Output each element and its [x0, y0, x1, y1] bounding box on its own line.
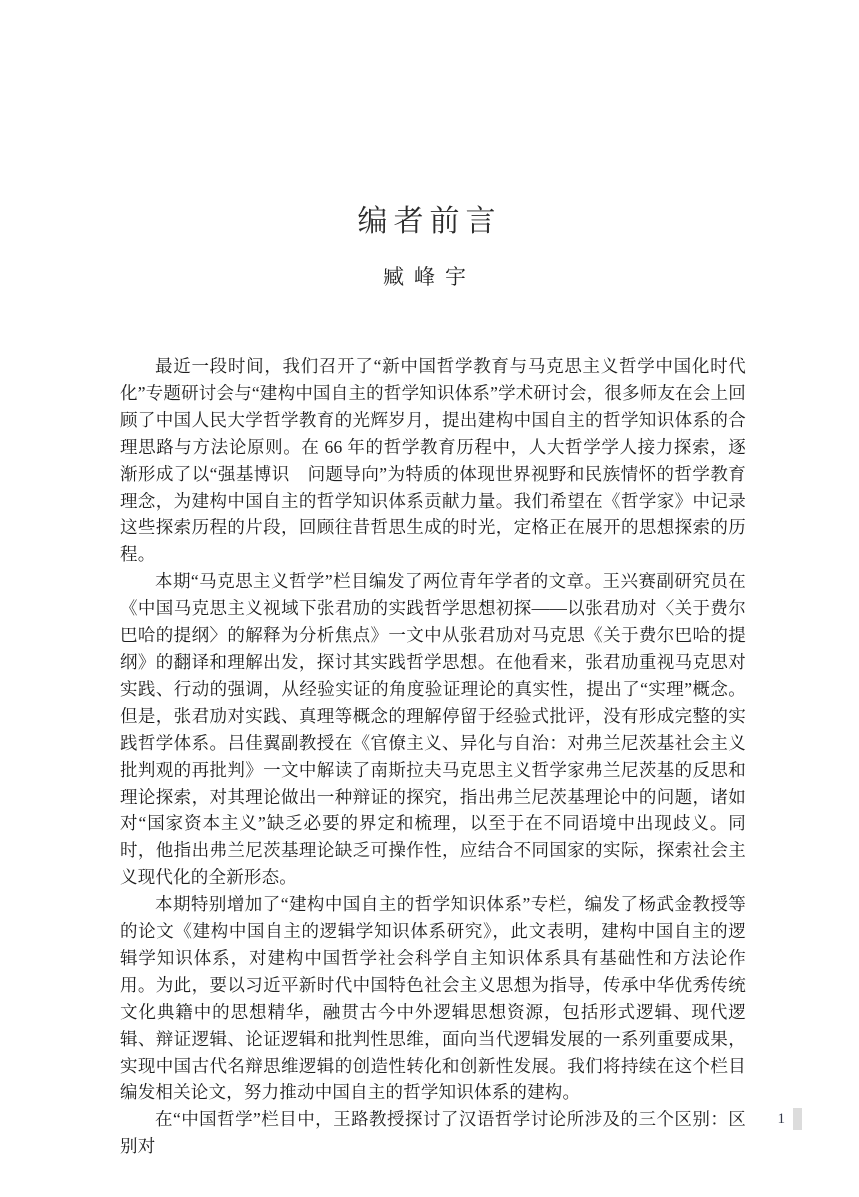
page-edge-tab — [793, 1108, 802, 1130]
page-footer: 1 — [778, 1108, 803, 1130]
author-name: 臧峰宇 — [0, 261, 859, 291]
preface-paragraph-1: 最近一段时间，我们召开了“新中国哲学教育与马克思主义哲学中国化时代化”专题研讨会… — [120, 353, 746, 568]
page-title: 编者前言 — [0, 196, 859, 240]
preface-paragraph-4: 在“中国哲学”栏目中，王路教授探讨了汉语哲学讨论所涉及的三个区别：区别对 — [120, 1106, 746, 1160]
page-number: 1 — [778, 1112, 786, 1127]
preface-page: 编者前言 臧峰宇 最近一段时间，我们召开了“新中国哲学教育与马克思主义哲学中国化… — [0, 0, 859, 1197]
preface-body: 最近一段时间，我们召开了“新中国哲学教育与马克思主义哲学中国化时代化”专题研讨会… — [120, 353, 746, 1160]
preface-paragraph-3: 本期特别增加了“建构中国自主的哲学知识体系”专栏，编发了杨武金教授等的论文《建构… — [120, 891, 746, 1106]
preface-paragraph-2: 本期“马克思主义哲学”栏目编发了两位青年学者的文章。王兴赛副研究员在《中国马克思… — [120, 568, 746, 891]
